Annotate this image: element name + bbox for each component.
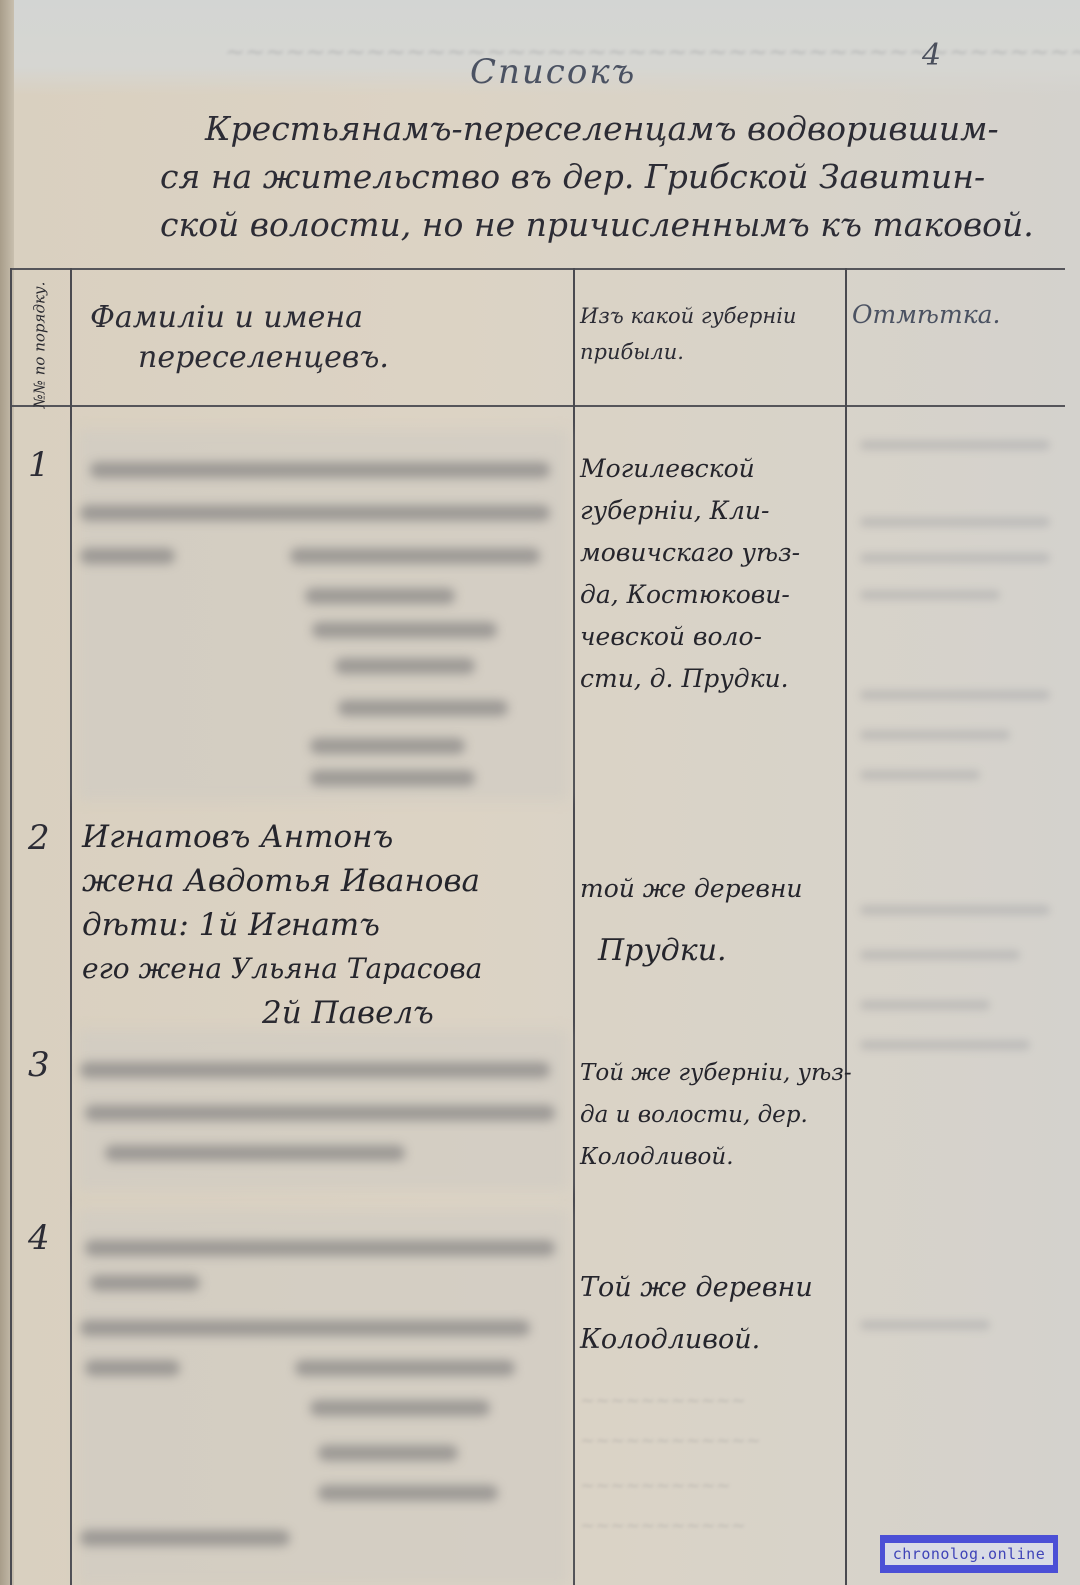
redacted-line bbox=[318, 1485, 498, 1501]
redacted-line bbox=[295, 1360, 515, 1376]
bleed-through-text: ~~~~~~~~~~~~ bbox=[580, 1430, 761, 1451]
redacted-line bbox=[318, 1445, 458, 1461]
heading-line: ской волости, но не причисленнымъ къ так… bbox=[160, 201, 1060, 249]
origin-line: Колодливой. bbox=[580, 1314, 842, 1366]
entry-origin: той же деревни Прудки. bbox=[580, 858, 842, 982]
origin-line: да и волости, дер. bbox=[580, 1094, 842, 1136]
bleed-through-mark bbox=[860, 590, 1000, 600]
origin-line: чевской воло- bbox=[580, 616, 842, 658]
entry-names: Игнатовъ Антонъ жена Авдотья Иванова дѣт… bbox=[82, 815, 562, 1035]
column-header-names: Фамиліи и имена переселенцевъ. bbox=[90, 298, 560, 378]
entry-number: 1 bbox=[28, 445, 50, 485]
table-header-rule bbox=[10, 405, 1065, 407]
bleed-through-mark bbox=[860, 730, 1010, 740]
bleed-through-mark bbox=[860, 1000, 990, 1010]
redacted-line bbox=[310, 770, 475, 786]
column-header-number-label: №№ по порядку. bbox=[30, 282, 48, 409]
watermark: chronolog.online bbox=[880, 1535, 1058, 1573]
origin-line: Прудки. bbox=[580, 920, 842, 982]
entry-origin: Той же губерніи, уѣз- да и волости, дер.… bbox=[580, 1052, 842, 1178]
entry-origin: Той же деревни Колодливой. bbox=[580, 1262, 842, 1366]
redacted-line bbox=[80, 505, 550, 521]
name-line: Игнатовъ Антонъ bbox=[82, 815, 562, 859]
table-top-rule bbox=[10, 268, 1065, 270]
name-line: его жена Ульяна Тарасова bbox=[82, 947, 562, 991]
page-number: 4 bbox=[922, 38, 941, 73]
bleed-through-text: ~~~~~~~~~~ bbox=[580, 1475, 731, 1496]
column-rule bbox=[10, 268, 12, 1585]
redacted-line bbox=[310, 1400, 490, 1416]
heading-line: ся на жительство въ дер. Грибской Завити… bbox=[160, 153, 1060, 201]
redacted-line bbox=[80, 1530, 290, 1546]
origin-line: той же деревни bbox=[580, 858, 842, 920]
redacted-line bbox=[105, 1145, 405, 1161]
redaction-blur bbox=[78, 1210, 568, 1585]
column-header-number: №№ по порядку. bbox=[10, 290, 68, 400]
heading-line: Крестьянамъ-переселенцамъ водворившим- bbox=[160, 105, 1060, 153]
bleed-through-mark bbox=[860, 517, 1050, 527]
redacted-line bbox=[85, 1240, 555, 1256]
origin-line: Той же деревни bbox=[580, 1262, 842, 1314]
column-header-names-line1: Фамиліи и имена bbox=[90, 300, 363, 335]
redacted-line bbox=[310, 738, 465, 754]
bleed-through-mark bbox=[860, 553, 1050, 563]
column-header-names-line2: переселенцевъ. bbox=[90, 338, 560, 378]
name-line: дѣти: 1й Игнатъ bbox=[82, 903, 562, 947]
entry-number: 4 bbox=[28, 1218, 50, 1258]
origin-line: мовичскаго уѣз- bbox=[580, 532, 842, 574]
origin-line: Могилевской bbox=[580, 448, 842, 490]
redacted-line bbox=[80, 548, 175, 564]
redacted-line bbox=[290, 548, 540, 564]
redacted-line bbox=[338, 700, 508, 716]
entry-number: 2 bbox=[28, 818, 50, 858]
bleed-through-mark bbox=[860, 440, 1050, 450]
bleed-through-mark bbox=[860, 1320, 990, 1330]
redacted-line bbox=[90, 1275, 200, 1291]
document-heading: Крестьянамъ-переселенцамъ водворившим- с… bbox=[160, 105, 1060, 249]
bleed-through-mark bbox=[860, 770, 980, 780]
redacted-line bbox=[312, 622, 497, 638]
bleed-through-text: ~~~~~~~~~~~~~~~~~~~~~~~~~~~~~~~~~~~~~~~~… bbox=[225, 38, 1080, 66]
origin-line: сти, д. Прудки. bbox=[580, 658, 842, 700]
origin-line: Той же губерніи, уѣз- bbox=[580, 1052, 842, 1094]
column-header-remarks: Отмѣтка. bbox=[852, 300, 1062, 329]
redacted-line bbox=[90, 462, 550, 478]
column-rule bbox=[70, 268, 72, 1585]
name-line: 2й Павелъ bbox=[82, 991, 562, 1035]
origin-line: да, Костюкови- bbox=[580, 574, 842, 616]
redacted-line bbox=[305, 588, 455, 604]
entry-number: 3 bbox=[28, 1045, 50, 1085]
entry-origin: Могилевской губерніи, Кли- мовичскаго уѣ… bbox=[580, 448, 842, 700]
document-title: Списокъ bbox=[470, 52, 636, 92]
column-rule bbox=[573, 268, 575, 1585]
redacted-line bbox=[335, 658, 475, 674]
column-header-origin-line1: Изъ какой губерніи bbox=[580, 304, 796, 328]
column-header-origin-line2: прибыли. bbox=[580, 340, 684, 364]
redacted-line bbox=[80, 1320, 530, 1336]
redacted-line bbox=[85, 1105, 555, 1121]
bleed-through-mark bbox=[860, 1040, 1030, 1050]
watermark-text: chronolog.online bbox=[885, 1543, 1054, 1565]
bleed-through-mark bbox=[860, 950, 1020, 960]
origin-line: Колодливой. bbox=[580, 1136, 842, 1178]
column-rule bbox=[845, 268, 847, 1585]
redacted-line bbox=[80, 1062, 550, 1078]
bleed-through-text: ~~~~~~~~~~~ bbox=[580, 1390, 746, 1411]
name-line: жена Авдотья Иванова bbox=[82, 859, 562, 903]
origin-line: губерніи, Кли- bbox=[580, 490, 842, 532]
column-header-origin: Изъ какой губерніи прибыли. bbox=[580, 298, 840, 370]
bleed-through-mark bbox=[860, 905, 1050, 915]
bleed-through-text: ~~~~~~~~~~~ bbox=[580, 1515, 746, 1536]
bleed-through-mark bbox=[860, 690, 1050, 700]
redacted-line bbox=[85, 1360, 180, 1376]
